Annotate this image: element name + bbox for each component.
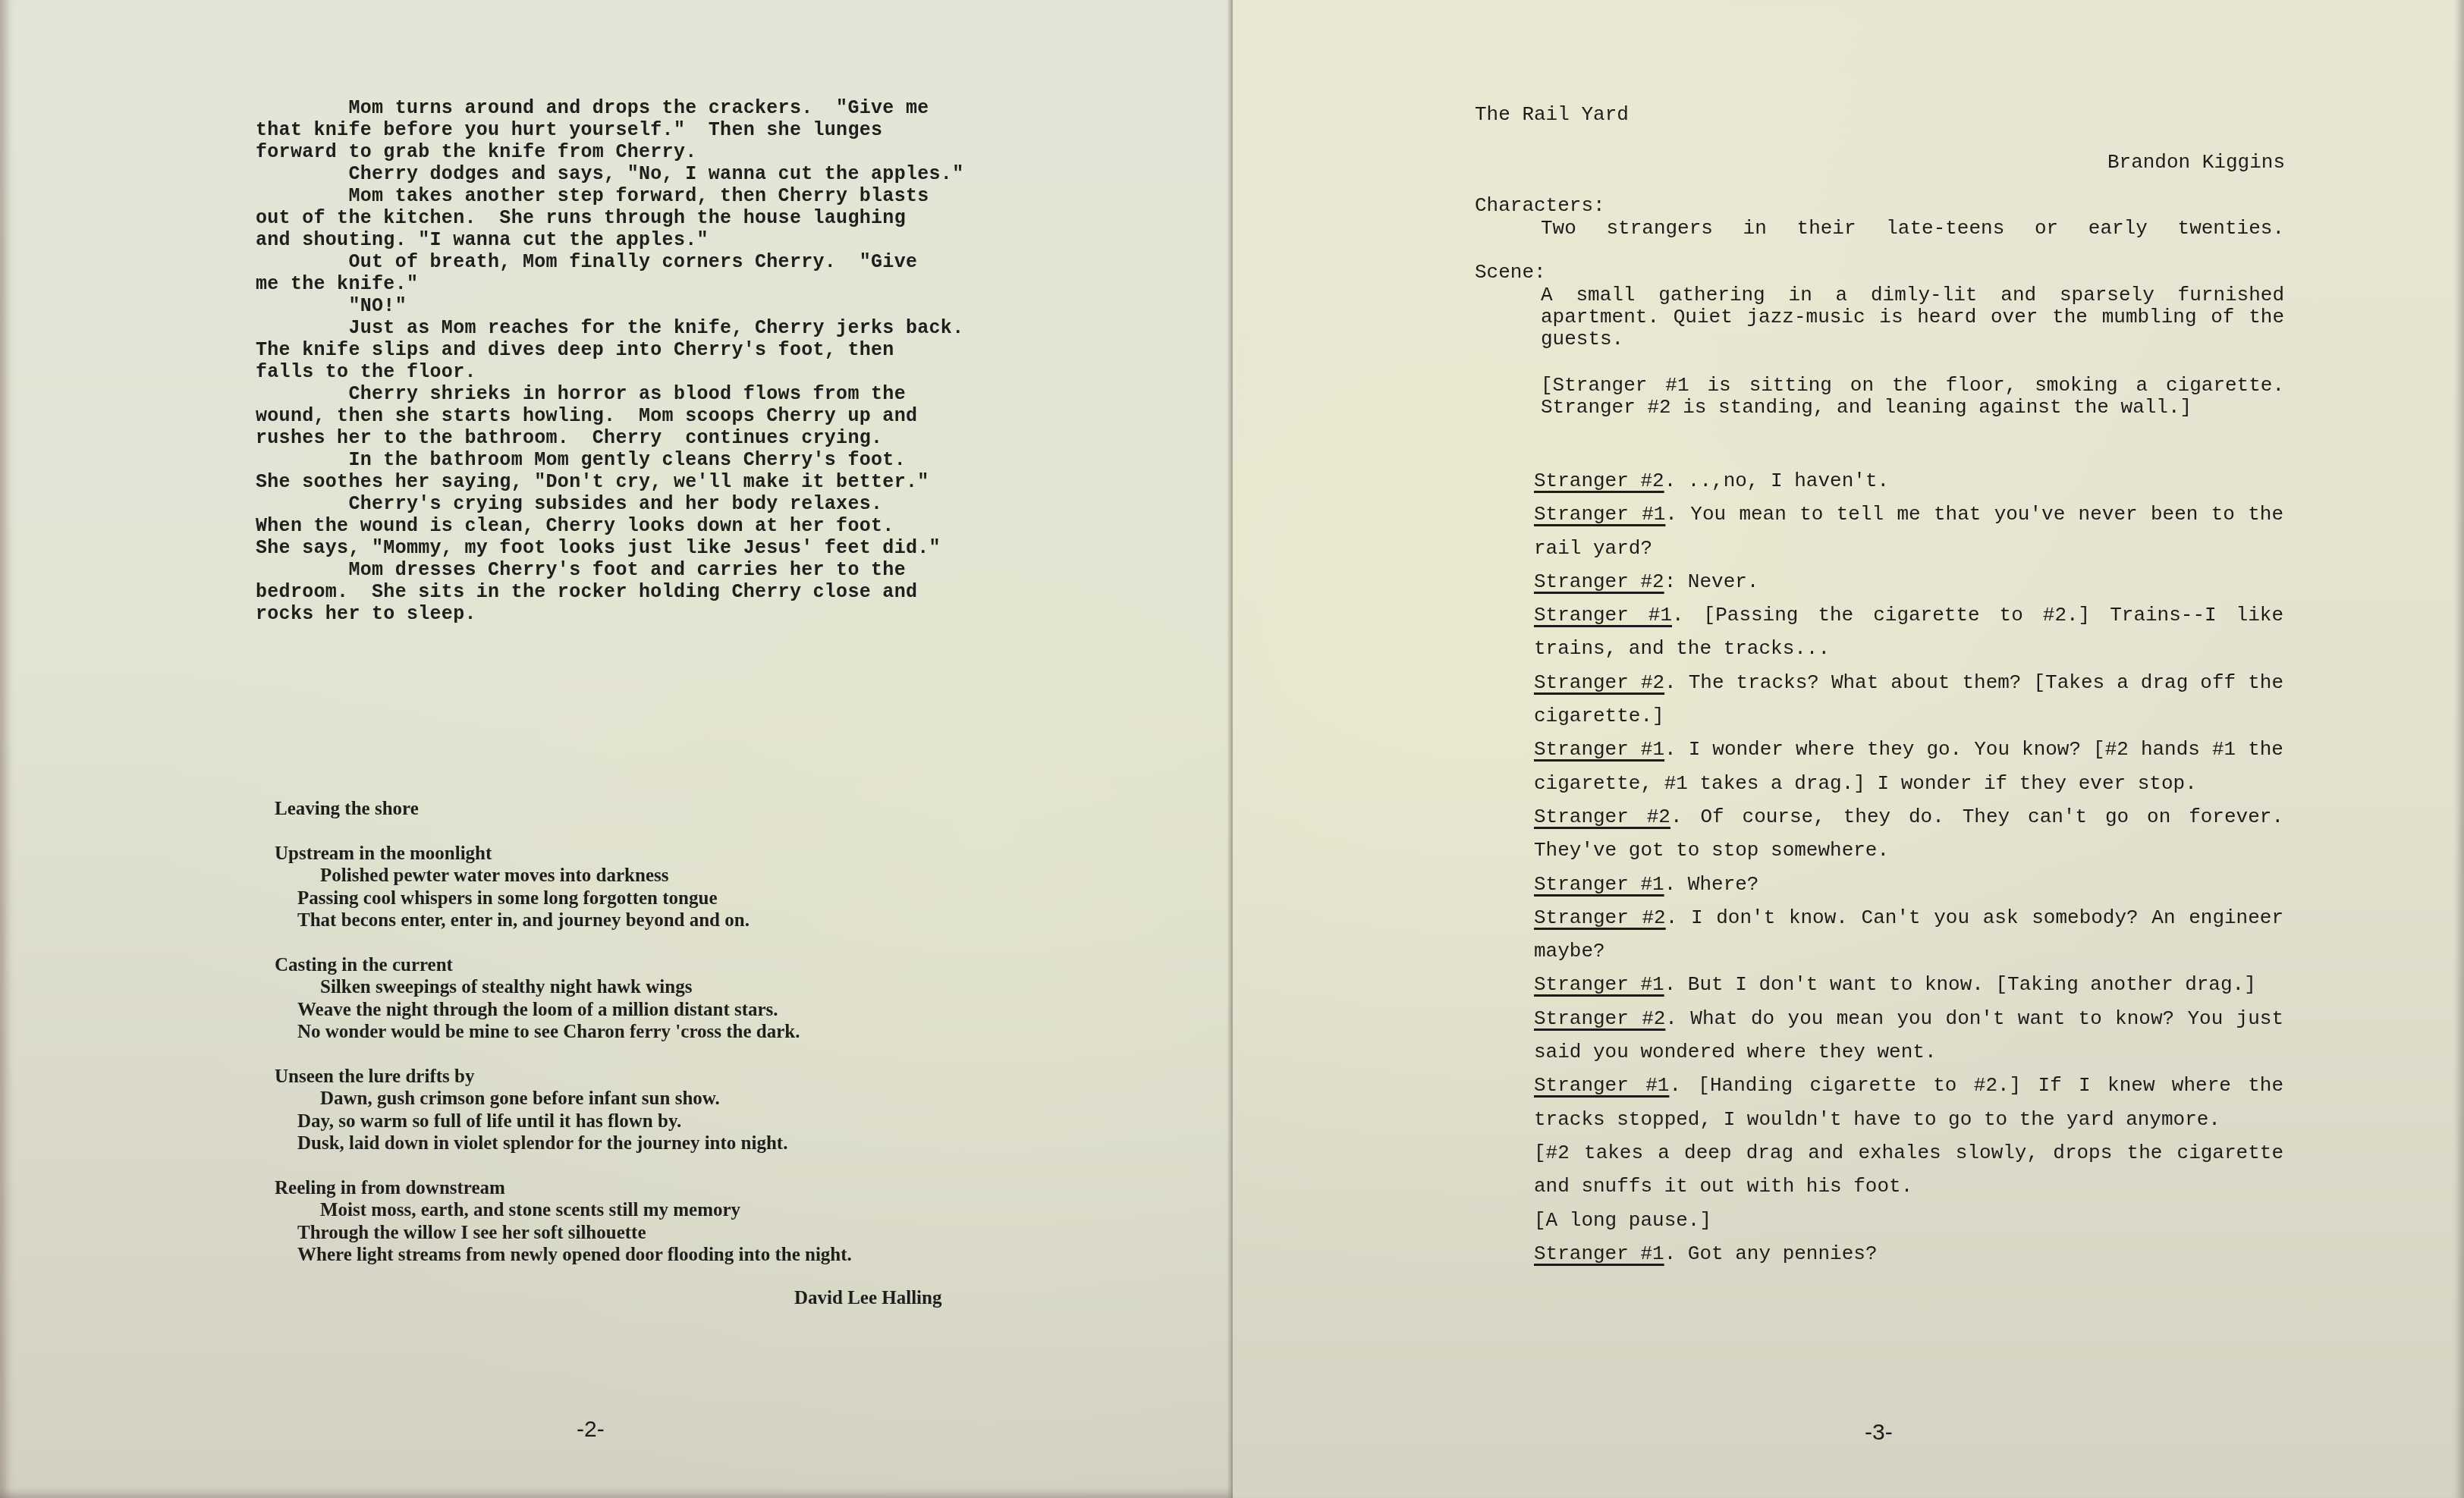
dialogue-text: . Where? — [1664, 873, 1759, 896]
prose-line: Mom takes another step forward, then Che… — [256, 185, 1022, 207]
speaker-name: Stranger #2 — [1534, 806, 1670, 828]
prose-line: bedroom. She sits in the rocker holding … — [256, 581, 1022, 603]
poem-stanza: Upstream in the moonlight Polished pewte… — [275, 843, 1018, 932]
page-number-left: -2- — [577, 1417, 605, 1443]
stage-direction-text: [#2 takes a deep drag and exhales slowly… — [1534, 1142, 2283, 1198]
stage-direction-intro: [Stranger #1 is sitting on the floor, sm… — [1541, 375, 2284, 419]
poem-line: Casting in the current — [275, 954, 1018, 977]
poem-line: Reeling in from downstream — [275, 1177, 1018, 1200]
prose-line: When the wound is clean, Cherry looks do… — [256, 515, 1022, 537]
poem-line: Silken sweepings of stealthy night hawk … — [275, 976, 1018, 999]
speaker-name: Stranger #2 — [1534, 570, 1664, 593]
page-number-right: -3- — [1865, 1420, 1893, 1446]
poem-line: Passing cool whispers in some long forgo… — [275, 887, 1018, 910]
poem-line: Moist moss, earth, and stone scents stil… — [275, 1199, 1018, 1222]
characters-label: Characters: — [1475, 194, 1605, 217]
poem-line: Where light streams from newly opened do… — [275, 1244, 1018, 1267]
prose-line: She soothes her saying, "Don't cry, we'l… — [256, 471, 1022, 493]
prose-line: and shouting. "I wanna cut the apples." — [256, 229, 1022, 251]
speaker-name: Stranger #1 — [1534, 1242, 1664, 1265]
dialogue-line: Stranger #1. I wonder where they go. You… — [1534, 733, 2283, 800]
poem-stanza: Unseen the lure drifts by Dawn, gush cri… — [275, 1066, 1018, 1155]
speaker-name: Stranger #1 — [1534, 738, 1664, 761]
speaker-name: Stranger #1 — [1534, 1074, 1669, 1097]
poem-line: Dawn, gush crimson gone before infant su… — [275, 1088, 1018, 1110]
play-dialogue: Stranger #2. ..,no, I haven't. Stranger … — [1534, 464, 2283, 1270]
poem-line: Dusk, laid down in violet splendor for t… — [275, 1132, 1018, 1155]
dialogue-line: Stranger #1. [Passing the cigarette to #… — [1534, 598, 2283, 666]
scene-label: Scene: — [1475, 261, 1546, 284]
prose-line: In the bathroom Mom gently cleans Cherry… — [256, 449, 1022, 471]
prose-line: falls to the floor. — [256, 361, 1022, 383]
poem-author: David Lee Halling — [794, 1288, 941, 1309]
poem-line: Unseen the lure drifts by — [275, 1066, 1018, 1088]
prose-line: wound, then she starts howling. Mom scoo… — [256, 405, 1022, 427]
prose-line: rushes her to the bathroom. Cherry conti… — [256, 427, 1022, 449]
booklet-spread: Mom turns around and drops the crackers.… — [0, 0, 2464, 1498]
dialogue-text: . ..,no, I haven't. — [1664, 469, 1889, 492]
left-page: Mom turns around and drops the crackers.… — [0, 0, 1233, 1498]
prose-line: The knife slips and dives deep into Cher… — [256, 339, 1022, 361]
prose-line: Mom turns around and drops the crackers.… — [256, 97, 1022, 119]
dialogue-text: : Never. — [1664, 570, 1759, 593]
poem-title: Leaving the shore — [275, 798, 1018, 821]
speaker-name: Stranger #1 — [1534, 873, 1664, 896]
poem-line: Day, so warm so full of life until it ha… — [275, 1110, 1018, 1133]
story-prose: Mom turns around and drops the crackers.… — [256, 97, 1022, 625]
speaker-name: Stranger #2 — [1534, 469, 1664, 492]
prose-line: me the knife." — [256, 273, 1022, 295]
speaker-name: Stranger #1 — [1534, 973, 1664, 996]
prose-line: "NO!" — [256, 295, 1022, 317]
prose-line: Just as Mom reaches for the knife, Cherr… — [256, 317, 1022, 339]
poem-line: That becons enter, enter in, and journey… — [275, 909, 1018, 932]
poem-stanza: Casting in the current Silken sweepings … — [275, 954, 1018, 1044]
dialogue-line: Stranger #2. The tracks? What about them… — [1534, 666, 2283, 733]
prose-line: Cherry's crying subsides and her body re… — [256, 493, 1022, 515]
dialogue-line: Stranger #2. ..,no, I haven't. — [1534, 464, 2283, 498]
prose-line: Cherry shrieks in horror as blood flows … — [256, 383, 1022, 405]
poem-stanza: Reeling in from downstream Moist moss, e… — [275, 1177, 1018, 1267]
speaker-name: Stranger #2 — [1534, 906, 1666, 929]
prose-line: Out of breath, Mom finally corners Cherr… — [256, 251, 1022, 273]
dialogue-line: Stranger #2. What do you mean you don't … — [1534, 1002, 2283, 1069]
dialogue-line: Stranger #1. You mean to tell me that yo… — [1534, 498, 2283, 565]
prose-line: out of the kitchen. She runs through the… — [256, 207, 1022, 229]
dialogue-text: . Got any pennies? — [1664, 1242, 1878, 1265]
dialogue-line: Stranger #1. [Handing cigarette to #2.] … — [1534, 1069, 2283, 1136]
stage-direction: [A long pause.] — [1534, 1204, 2283, 1237]
prose-line: that knife before you hurt yourself." Th… — [256, 119, 1022, 141]
poem: Leaving the shore Upstream in the moonli… — [275, 798, 1018, 1289]
dialogue-line: Stranger #2. Of course, they do. They ca… — [1534, 800, 2283, 868]
dialogue-line: Stranger #1. Where? — [1534, 868, 2283, 901]
prose-line: She says, "Mommy, my foot looks just lik… — [256, 537, 1022, 559]
characters-description: Two strangers in their late-teens or ear… — [1541, 217, 2284, 240]
speaker-name: Stranger #1 — [1534, 604, 1672, 627]
speaker-name: Stranger #2 — [1534, 1007, 1665, 1030]
prose-line: Cherry dodges and says, "No, I wanna cut… — [256, 163, 1022, 185]
poem-line: Weave the night through the loom of a mi… — [275, 999, 1018, 1022]
dialogue-line: Stranger #2: Never. — [1534, 565, 2283, 598]
stage-direction: [#2 takes a deep drag and exhales slowly… — [1534, 1136, 2283, 1204]
scene-description: A small gathering in a dimly-lit and spa… — [1541, 284, 2284, 350]
prose-line: forward to grab the knife from Cherry. — [256, 141, 1022, 163]
play-title: The Rail Yard — [1475, 103, 1629, 126]
poem-line: No wonder would be mine to see Charon fe… — [275, 1021, 1018, 1044]
dialogue-text: . But I don't want to know. [Taking anot… — [1664, 973, 2256, 996]
prose-line: rocks her to sleep. — [256, 603, 1022, 625]
dialogue-line: Stranger #1. Got any pennies? — [1534, 1237, 2283, 1270]
speaker-name: Stranger #2 — [1534, 671, 1664, 694]
poem-line: Upstream in the moonlight — [275, 843, 1018, 865]
prose-line: Mom dresses Cherry's foot and carries he… — [256, 559, 1022, 581]
poem-line: Through the willow I see her soft silhou… — [275, 1222, 1018, 1245]
poem-line: Polished pewter water moves into darknes… — [275, 865, 1018, 887]
speaker-name: Stranger #1 — [1534, 503, 1665, 526]
dialogue-line: Stranger #1. But I don't want to know. [… — [1534, 968, 2283, 1001]
play-author: Brandon Kiggins — [2107, 151, 2285, 174]
dialogue-line: Stranger #2. I don't know. Can't you ask… — [1534, 901, 2283, 969]
stage-direction-text: [A long pause.] — [1534, 1209, 1711, 1232]
